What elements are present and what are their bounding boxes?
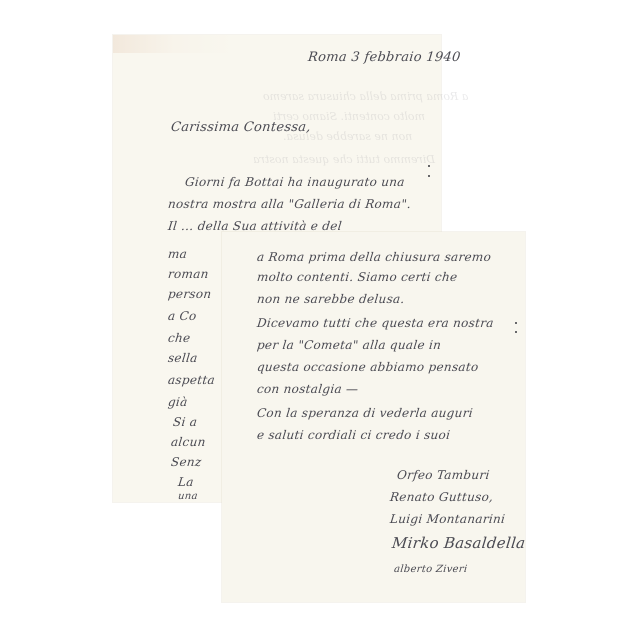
letter-line: non ne sarebbe delusa. (256, 292, 405, 306)
cut-off-line: Senz (170, 455, 202, 469)
cut-off-line: che (167, 331, 191, 345)
cut-off-line: alcun (170, 435, 206, 449)
letter-line: e saluti cordiali ci credo i suoi (256, 428, 451, 442)
bleed-through-text: Diremmo tutti che questa nostra (253, 153, 435, 166)
paper-stain (113, 35, 233, 53)
ink-dot (515, 331, 517, 333)
bleed-through-text: a Roma prima della chiusura saremo (263, 90, 468, 103)
signature-mirko: Mirko Basaldella (391, 534, 526, 552)
letter-line: Giorni fa Bottai ha inaugurato una (184, 175, 405, 189)
salutation: Carissima Contessa, (170, 120, 311, 135)
letter-line: Dicevamo tutti che questa era nostra (256, 316, 494, 330)
letter-line: Il ... della Sua attività e del (167, 219, 342, 233)
cut-off-line: Si a (172, 415, 198, 429)
date-line: Roma 3 febbraio 1940 (307, 50, 461, 65)
letter-line: per la "Cometa" alla quale in (256, 338, 442, 352)
cut-off-line: ma (167, 247, 188, 261)
letter-line: questa occasione abbiamo pensato (256, 360, 479, 374)
cut-off-line: roman (167, 267, 209, 281)
signature-luigi-montanarini: Luigi Montanarini (389, 512, 506, 526)
cut-off-line: La (177, 475, 194, 489)
cut-off-line: person (167, 287, 212, 301)
letter-line: molto contenti. Siamo certi che (256, 270, 458, 284)
ink-dot (428, 165, 430, 167)
letter-line: Con la speranza di vederla auguri (256, 406, 473, 420)
cut-off-line: sella (167, 351, 198, 365)
ink-dot (515, 322, 517, 324)
cut-off-line: aspetta (167, 373, 215, 387)
letter-line: nostra mostra alla "Galleria di Roma". (167, 197, 412, 211)
letter-line: con nostalgia — (256, 382, 359, 396)
letter-line: a Roma prima della chiusura saremo (256, 250, 492, 264)
signature-orfeo-tamburi: Orfeo Tamburi (396, 468, 490, 482)
cut-off-line: a Co (167, 309, 197, 323)
letter-page-front: a Roma prima della chiusura saremo molto… (222, 232, 525, 602)
cut-off-line: una (177, 491, 198, 502)
ink-dot (428, 175, 430, 177)
cut-off-line: già (167, 395, 188, 409)
signature-renato-guttuso: Renato Guttuso, (389, 490, 494, 504)
signature-alberto-ziveri: alberto Ziveri (393, 564, 468, 575)
